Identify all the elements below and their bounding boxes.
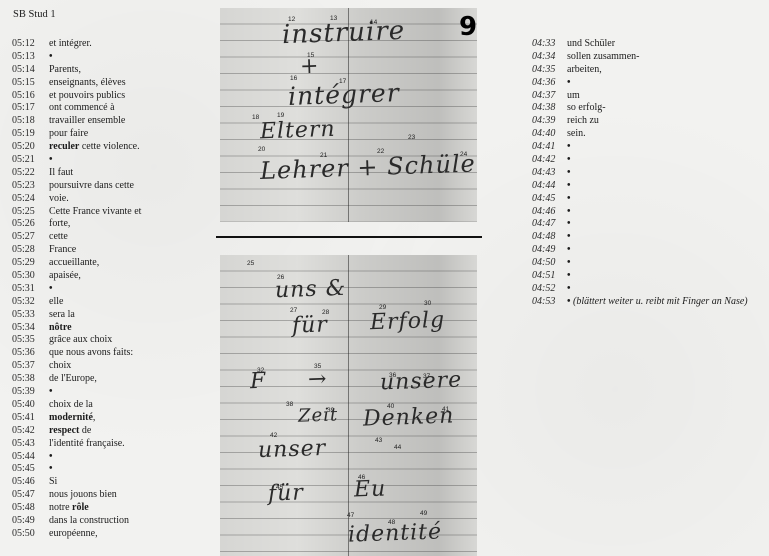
timestamp: 05:31 (12, 283, 49, 296)
transcript-text: • (49, 51, 53, 64)
transcript-row: 04:50• (532, 257, 748, 270)
transcript-text: voie. (49, 193, 69, 206)
transcript-row: 05:33sera la (12, 309, 141, 322)
transcript-text: • (49, 463, 53, 476)
transcript-text: • (567, 257, 571, 270)
timestamp: 05:12 (12, 38, 49, 51)
transcript-text: nous jouons bien (49, 489, 117, 502)
transcript-text: choix de la (49, 399, 93, 412)
handwriting: intégrer (288, 78, 401, 111)
timestamp: 05:33 (12, 309, 49, 322)
transcript-row: 05:17ont commencé à (12, 102, 141, 115)
transcript-row: 04:33und Schüler (532, 38, 748, 51)
transcript-text: arbeiten, (567, 64, 602, 77)
handwriting: Eu (354, 476, 387, 502)
marker: 49 (420, 510, 427, 517)
handwriting: unser (258, 436, 327, 463)
transcript-row: 05:23poursuivre dans cette (12, 180, 141, 193)
transcript-row: 05:39• (12, 386, 141, 399)
transcript-text: • (49, 154, 53, 167)
transcript-text: forte, (49, 218, 70, 231)
timestamp: 04:50 (532, 257, 567, 270)
transcript-row: 04:41• (532, 141, 748, 154)
timestamp: 04:48 (532, 231, 567, 244)
timestamp: 05:34 (12, 322, 49, 335)
transcript-text: • (567, 244, 571, 257)
transcript-row: 05:35grâce aux choix (12, 334, 141, 347)
timestamp: 04:49 (532, 244, 567, 257)
timestamp: 05:22 (12, 167, 49, 180)
transcript-row: 05:43l'identité française. (12, 438, 141, 451)
transcript-text: • (567, 77, 571, 90)
transcript-row: 04:42• (532, 154, 748, 167)
transcript-text: nôtre (49, 322, 72, 335)
transcript-row: 05:47nous jouons bien (12, 489, 141, 502)
timestamp: 04:45 (532, 193, 567, 206)
handwriting: → (308, 367, 328, 393)
transcript-text: sein. (567, 128, 586, 141)
transcript-text: reich zu (567, 115, 599, 128)
transcript-row: 05:15enseignants, élèves (12, 77, 141, 90)
timestamp: 05:49 (12, 515, 49, 528)
timestamp: 05:28 (12, 244, 49, 257)
transcript-row: 04:35arbeiten, (532, 64, 748, 77)
transcript-text: • (567, 154, 571, 167)
marker: 23 (408, 134, 415, 141)
handwriting: Eltern (260, 117, 336, 145)
transcript-text: sollen zusammen- (567, 51, 639, 64)
transcript-text: modernité, (49, 412, 95, 425)
timestamp: 04:46 (532, 206, 567, 219)
transcript-text: l'identité française. (49, 438, 125, 451)
transcript-text: respect de (49, 425, 91, 438)
timestamp: 05:44 (12, 451, 49, 464)
transcript-row: 05:50européenne, (12, 528, 141, 541)
transcript-row: 05:14Parents, (12, 64, 141, 77)
transcript-row: 05:45• (12, 463, 141, 476)
timestamp: 04:51 (532, 270, 567, 283)
timestamp: 05:35 (12, 334, 49, 347)
transcript-text: • (567, 231, 571, 244)
timestamp: 05:18 (12, 115, 49, 128)
handwriting: unsere (380, 368, 463, 396)
transcript-text: Cette France vivante et (49, 206, 141, 219)
timestamp: 04:33 (532, 38, 567, 51)
transcript-row: 05:13• (12, 51, 141, 64)
timestamp: 05:40 (12, 399, 49, 412)
transcript-row: 05:30apaisée, (12, 270, 141, 283)
timestamp: 04:36 (532, 77, 567, 90)
transcript-row: 04:46• (532, 206, 748, 219)
transcript-text: sera la (49, 309, 75, 322)
marker: 47 (347, 512, 354, 519)
transcript-row: 04:48• (532, 231, 748, 244)
transcript-text: • (49, 451, 53, 464)
timestamp: 05:29 (12, 257, 49, 270)
document-title: SB Stud 1 (13, 9, 56, 20)
timestamp: 04:34 (532, 51, 567, 64)
french-transcript: 05:12et intégrer.05:13•05:14Parents,05:1… (12, 38, 141, 541)
handwriting: F (250, 369, 267, 395)
handwriting: Zeit (298, 404, 339, 426)
transcript-text: und Schüler (567, 38, 615, 51)
timestamp: 05:47 (12, 489, 49, 502)
timestamp: 05:17 (12, 102, 49, 115)
german-transcript: 04:33und Schüler04:34sollen zusammen-04:… (532, 38, 748, 309)
transcript-row: 05:49dans la construction (12, 515, 141, 528)
timestamp: 05:15 (12, 77, 49, 90)
timestamp: 05:50 (12, 528, 49, 541)
transcript-text: et pouvoirs publics (49, 90, 125, 103)
timestamp: 05:41 (12, 412, 49, 425)
transcript-text: France (49, 244, 76, 257)
transcript-row: 05:19pour faire (12, 128, 141, 141)
timestamp: 05:25 (12, 206, 49, 219)
transcript-row: 05:46Si (12, 476, 141, 489)
marker: 18 (252, 114, 259, 121)
transcript-row: 04:34sollen zusammen- (532, 51, 748, 64)
transcript-row: 04:38so erfolg- (532, 102, 748, 115)
transcript-row: 05:38de l'Europe, (12, 373, 141, 386)
timestamp: 05:30 (12, 270, 49, 283)
transcript-text: de l'Europe, (49, 373, 97, 386)
transcript-text: ont commencé à (49, 102, 115, 115)
transcript-row: 04:36• (532, 77, 748, 90)
page-number: 9 (459, 14, 477, 40)
timestamp: 05:21 (12, 154, 49, 167)
timestamp: 05:36 (12, 347, 49, 360)
notebook-scan-top: 12 13 14 15 16 17 18 19 20 21 22 23 24 i… (220, 8, 477, 222)
timestamp: 05:39 (12, 386, 49, 399)
marker: 20 (258, 146, 265, 153)
transcript-row: 05:41modernité, (12, 412, 141, 425)
timestamp: 04:52 (532, 283, 567, 296)
handwriting: uns & (275, 276, 347, 303)
timestamp: 05:45 (12, 463, 49, 476)
transcript-text: dans la construction (49, 515, 129, 528)
transcript-row: 05:21• (12, 154, 141, 167)
transcript-text: poursuivre dans cette (49, 180, 134, 193)
timestamp: 04:44 (532, 180, 567, 193)
handwriting: Erfolg (370, 308, 446, 336)
handwriting: für (268, 480, 305, 506)
transcript-text: • (blättert weiter u. reibt mit Finger a… (567, 296, 748, 309)
transcript-text: Si (49, 476, 57, 489)
timestamp: 05:48 (12, 502, 49, 515)
transcript-text: Parents, (49, 64, 81, 77)
timestamp: 05:37 (12, 360, 49, 373)
marker: 38 (286, 401, 293, 408)
transcript-text: • (567, 283, 571, 296)
transcript-row: 05:34nôtre (12, 322, 141, 335)
timestamp: 05:24 (12, 193, 49, 206)
timestamp: 05:43 (12, 438, 49, 451)
timestamp: 04:38 (532, 102, 567, 115)
transcript-row: 05:28France (12, 244, 141, 257)
transcript-row: 05:36que nous avons faits: (12, 347, 141, 360)
transcript-text: • (567, 218, 571, 231)
transcript-text: notre rôle (49, 502, 89, 515)
transcript-text: • (49, 283, 53, 296)
transcript-text: reculer cette violence. (49, 141, 140, 154)
transcript-row: 04:52• (532, 283, 748, 296)
timestamp: 05:23 (12, 180, 49, 193)
timestamp: 05:14 (12, 64, 49, 77)
transcript-row: 04:37um (532, 90, 748, 103)
transcript-text: • (567, 180, 571, 193)
transcript-row: 05:32elle (12, 296, 141, 309)
margin-line (348, 255, 349, 556)
transcript-text: • (567, 206, 571, 219)
section-divider (216, 236, 482, 238)
transcript-text: • (567, 141, 571, 154)
transcript-text: um (567, 90, 580, 103)
transcript-row: 04:45• (532, 193, 748, 206)
transcript-text: Il faut (49, 167, 73, 180)
timestamp: 04:39 (532, 115, 567, 128)
transcript-row: 05:26forte, (12, 218, 141, 231)
transcript-row: 04:47• (532, 218, 748, 231)
handwriting: + (300, 54, 320, 80)
timestamp: 05:46 (12, 476, 49, 489)
handwriting: instruire (282, 16, 406, 50)
transcript-row: 05:29accueillante, (12, 257, 141, 270)
timestamp: 04:43 (532, 167, 567, 180)
handwriting: für (292, 312, 329, 338)
transcript-text: cette (49, 231, 68, 244)
notebook-scan-bottom: 25 26 27 28 29 30 32 35 36 37 38 39 40 4… (220, 255, 477, 556)
transcript-row: 05:31• (12, 283, 141, 296)
timestamp: 05:19 (12, 128, 49, 141)
timestamp: 05:42 (12, 425, 49, 438)
transcript-row: 05:37choix (12, 360, 141, 373)
timestamp: 05:16 (12, 90, 49, 103)
timestamp: 04:40 (532, 128, 567, 141)
transcript-text: choix (49, 360, 71, 373)
transcript-row: 04:40sein. (532, 128, 748, 141)
timestamp: 05:32 (12, 296, 49, 309)
timestamp: 04:53 (532, 296, 567, 309)
transcript-text: accueillante, (49, 257, 99, 270)
transcript-text: pour faire (49, 128, 88, 141)
transcript-text: • (567, 167, 571, 180)
transcript-row: 05:40choix de la (12, 399, 141, 412)
marker: 30 (424, 300, 431, 307)
transcript-text: apaisée, (49, 270, 81, 283)
transcript-text: que nous avons faits: (49, 347, 133, 360)
transcript-text: européenne, (49, 528, 98, 541)
timestamp: 04:35 (532, 64, 567, 77)
transcript-row: 05:22Il faut (12, 167, 141, 180)
timestamp: 04:37 (532, 90, 567, 103)
transcript-row: 04:53• (blättert weiter u. reibt mit Fin… (532, 296, 748, 309)
transcript-row: 05:42respect de (12, 425, 141, 438)
transcript-text: elle (49, 296, 63, 309)
transcript-text: grâce aux choix (49, 334, 112, 347)
timestamp: 04:47 (532, 218, 567, 231)
transcript-row: 04:39reich zu (532, 115, 748, 128)
timestamp: 05:27 (12, 231, 49, 244)
marker: 44 (394, 444, 401, 451)
timestamp: 05:20 (12, 141, 49, 154)
transcript-row: 05:25Cette France vivante et (12, 206, 141, 219)
handwriting: Denken (363, 403, 455, 431)
transcript-text: enseignants, élèves (49, 77, 126, 90)
transcript-text: • (567, 270, 571, 283)
transcript-row: 05:18travailler ensemble (12, 115, 141, 128)
transcript-row: 05:27cette (12, 231, 141, 244)
marker: 25 (247, 260, 254, 267)
transcript-row: 04:51• (532, 270, 748, 283)
transcript-row: 05:20reculer cette violence. (12, 141, 141, 154)
marker: 43 (375, 437, 382, 444)
timestamp: 04:41 (532, 141, 567, 154)
transcript-row: 04:44• (532, 180, 748, 193)
transcript-row: 05:24voie. (12, 193, 141, 206)
timestamp: 05:26 (12, 218, 49, 231)
transcript-text: • (49, 386, 53, 399)
transcript-row: 05:48notre rôle (12, 502, 141, 515)
handwriting: identité (348, 519, 443, 547)
transcript-row: 05:44• (12, 451, 141, 464)
timestamp: 04:42 (532, 154, 567, 167)
transcript-row: 05:12et intégrer. (12, 38, 141, 51)
transcript-text: so erfolg- (567, 102, 606, 115)
transcript-row: 04:43• (532, 167, 748, 180)
transcript-row: 05:16et pouvoirs publics (12, 90, 141, 103)
transcript-row: 04:49• (532, 244, 748, 257)
timestamp: 05:38 (12, 373, 49, 386)
transcript-text: et intégrer. (49, 38, 92, 51)
transcript-text: travailler ensemble (49, 115, 125, 128)
timestamp: 05:13 (12, 51, 49, 64)
transcript-text: • (567, 193, 571, 206)
